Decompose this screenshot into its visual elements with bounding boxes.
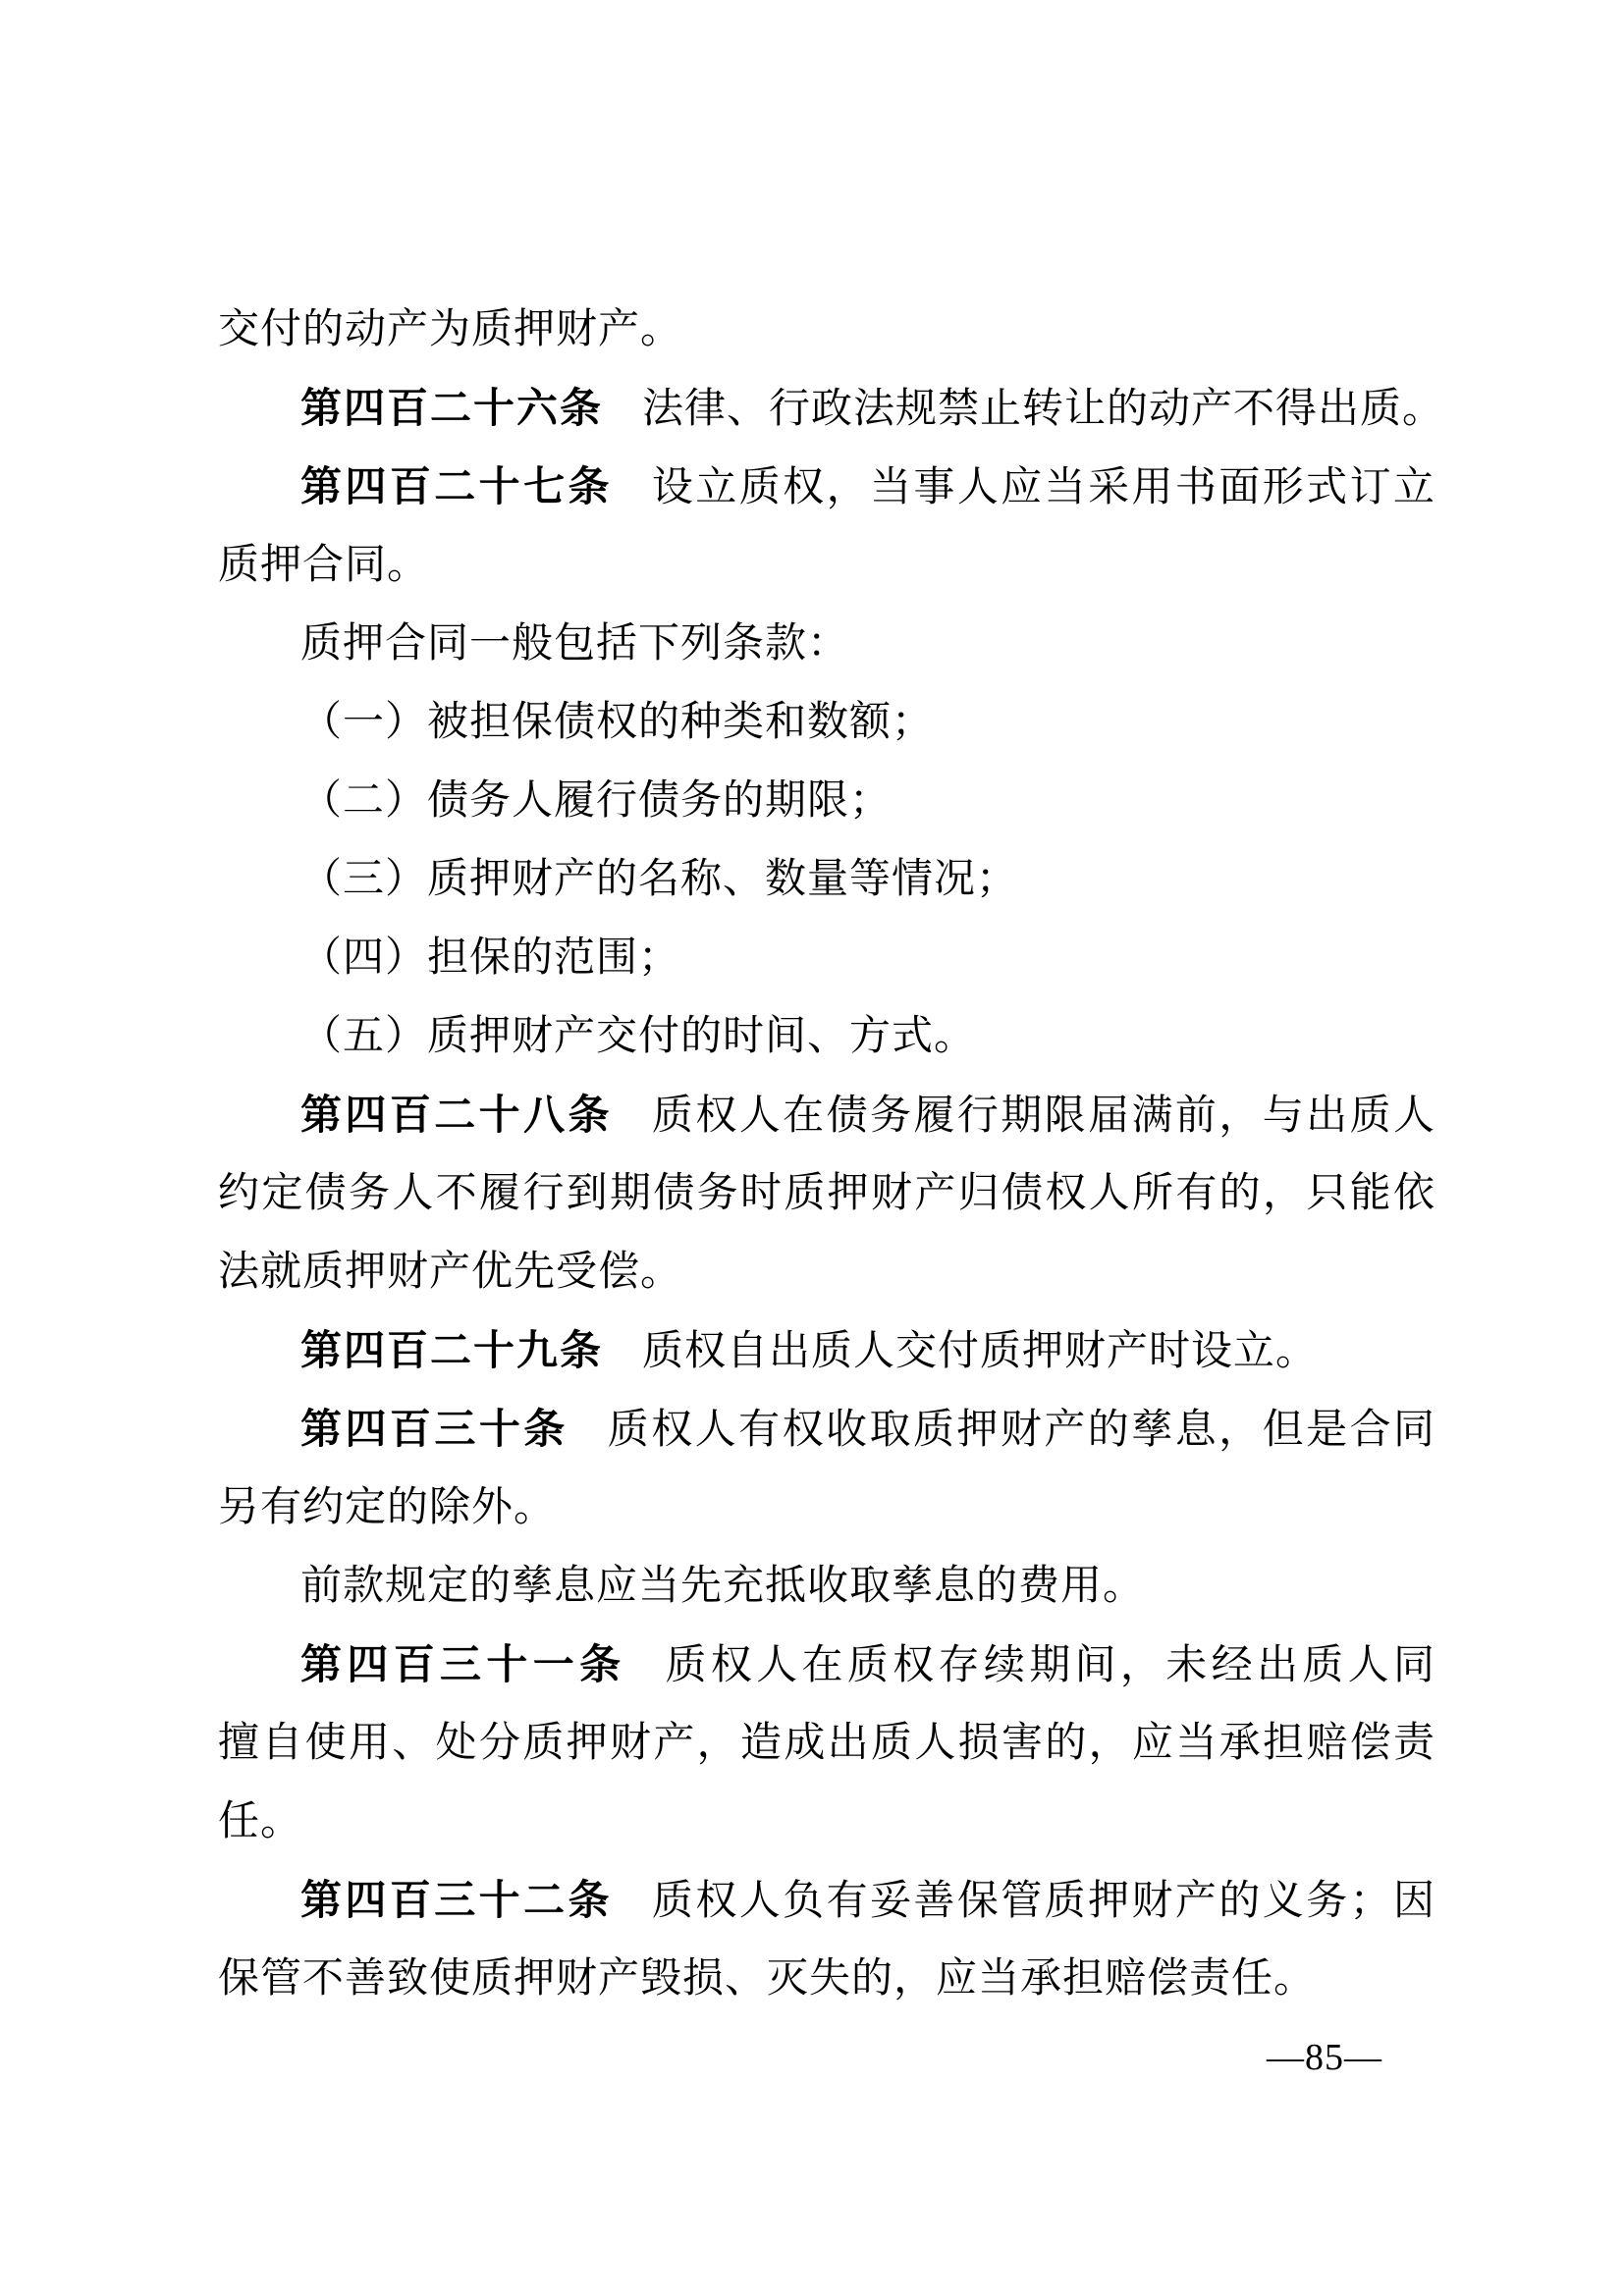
text-line: 任。	[218, 1783, 1435, 1861]
line-text: 质权人负有妥善保管质押财产的义务；因	[652, 1879, 1435, 1924]
text-line: 法就质押财产优先受偿。	[218, 1233, 1435, 1311]
document-page: 交付的动产为质押财产。第四百二十六条法律、行政法规禁止转让的动产不得出质。第四百…	[0, 0, 1624, 2296]
article-number: 第四百三十一条	[300, 1641, 625, 1687]
text-line: 第四百三十条质权人有权收取质押财产的孳息，但是合同	[218, 1390, 1435, 1468]
text-line: 约定债务人不履行到期债务时质押财产归债权人所有的，只能依	[218, 1154, 1435, 1233]
line-text: （五）质押财产交付的时间、方式。	[300, 1014, 976, 1059]
line-text: （一）被担保债权的种类和数额；	[300, 700, 934, 745]
line-text: （二）债务人履行债务的期限；	[300, 778, 892, 824]
page-number: —85—	[1267, 2037, 1382, 2078]
text-line: 第四百二十九条质权自出质人交付质押财产时设立。	[218, 1311, 1435, 1390]
text-line: （四）担保的范围；	[218, 919, 1435, 997]
text-line: （二）债务人履行债务的期限；	[218, 762, 1435, 840]
article-number: 第四百三十二条	[300, 1877, 613, 1923]
line-text: 质押合同。	[218, 543, 429, 588]
text-line: 交付的动产为质押财产。	[218, 291, 1435, 369]
text-line: 另有约定的除外。	[218, 1468, 1435, 1547]
line-text: （四）担保的范围；	[300, 935, 680, 981]
text-line: （五）质押财产交付的时间、方式。	[218, 997, 1435, 1076]
text-line: 第四百三十二条质权人负有妥善保管质押财产的义务；因	[218, 1861, 1435, 1940]
page-footer: —85—	[0, 2034, 1624, 2081]
document-body: 交付的动产为质押财产。第四百二十六条法律、行政法规禁止转让的动产不得出质。第四百…	[218, 291, 1435, 2018]
line-text: （三）质押财产的名称、数量等情况；	[300, 857, 1018, 902]
line-text: 擅自使用、处分质押财产，造成出质人损害的，应当承担赔偿责	[218, 1721, 1435, 1766]
text-line: （三）质押财产的名称、数量等情况；	[218, 840, 1435, 919]
article-number: 第四百二十六条	[300, 385, 603, 431]
line-text: 交付的动产为质押财产。	[218, 307, 682, 352]
text-line: 擅自使用、处分质押财产，造成出质人损害的，应当承担赔偿责	[218, 1704, 1435, 1783]
article-number: 第四百二十八条	[300, 1092, 613, 1138]
text-line: （一）被担保债权的种类和数额；	[218, 683, 1435, 762]
text-line: 第四百三十一条质权人在质权存续期间，未经出质人同意，	[218, 1626, 1435, 1704]
line-text: 质押合同一般包括下列条款：	[300, 621, 849, 667]
line-text: 保管不善致使质押财产毁损、灭失的，应当承担赔偿责任。	[218, 1956, 1316, 2002]
text-line: 保管不善致使质押财产毁损、灭失的，应当承担赔偿责任。	[218, 1940, 1435, 2018]
line-text: 任。	[218, 1799, 302, 1844]
line-text: 约定债务人不履行到期债务时质押财产归债权人所有的，只能依	[218, 1171, 1435, 1216]
text-line: 第四百二十六条法律、行政法规禁止转让的动产不得出质。	[218, 369, 1435, 448]
line-text: 质权人在债务履行期限届满前，与出质人	[652, 1094, 1435, 1139]
text-line: 质押合同一般包括下列条款：	[218, 605, 1435, 683]
line-text: 法就质押财产优先受偿。	[218, 1250, 682, 1295]
text-line: 第四百二十七条设立质权，当事人应当采用书面形式订立	[218, 448, 1435, 526]
line-text: 法律、行政法规禁止转让的动产不得出质。	[642, 387, 1444, 432]
article-number: 第四百二十七条	[300, 463, 613, 509]
line-text: 前款规定的孳息应当先充抵收取孳息的费用。	[300, 1564, 1145, 1609]
line-text: 另有约定的除外。	[218, 1485, 556, 1530]
line-text: 质权人有权收取质押财产的孳息，但是合同	[608, 1408, 1435, 1453]
article-number: 第四百三十条	[300, 1406, 568, 1452]
text-line: 质押合同。	[218, 526, 1435, 605]
line-text: 设立质权，当事人应当采用书面形式订立	[652, 465, 1435, 510]
line-text: 质权自出质人交付质押财产时设立。	[642, 1329, 1318, 1374]
text-line: 第四百二十八条质权人在债务履行期限届满前，与出质人	[218, 1076, 1435, 1154]
text-line: 前款规定的孳息应当先充抵收取孳息的费用。	[218, 1547, 1435, 1626]
article-number: 第四百二十九条	[300, 1327, 603, 1373]
